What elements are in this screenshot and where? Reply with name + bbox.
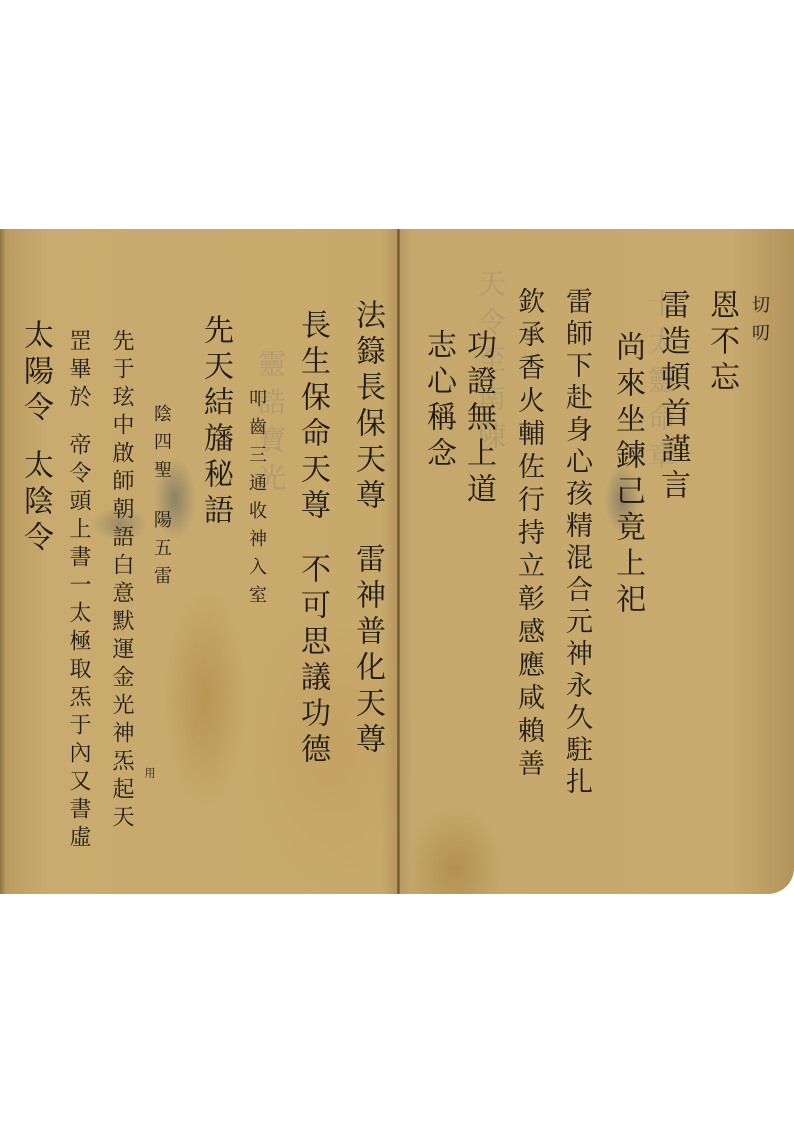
left-col-5-part1: 罡畢於: [66, 329, 91, 413]
right-col-6: 功證無上道: [463, 329, 493, 509]
left-col-2-part2: 不可思議功德: [295, 553, 330, 769]
left-col-5: 罡畢於帝令頭上書一太極取炁于內又書虛: [67, 329, 89, 853]
left-col-2: 長生保命天尊不可思議功德: [297, 309, 327, 769]
right-col-4: 雷師下赴身心孩精混合元神永久駐扎: [563, 287, 590, 799]
left-col-5-part2: 帝令頭上書一太極取炁于內又書虛: [66, 433, 91, 853]
right-col-3: 尚來坐鍊己竟上祀: [612, 331, 642, 619]
left-col-1-part1: 法籙長保天尊: [350, 299, 385, 515]
right-col-7: 志心稱念: [423, 329, 453, 473]
left-col-annotation-2-part1: 陰四聖: [151, 404, 172, 488]
left-col-1-part2: 雷神普化天尊: [350, 543, 385, 759]
left-col-6: 太陽令太陰令: [20, 319, 50, 557]
left-col-6-part2: 太陰令: [18, 449, 53, 557]
left-col-4: 先于玹中啟師朝語白意默運金光神炁起天: [110, 329, 132, 833]
left-col-2-part1: 長生保命天尊: [295, 309, 330, 525]
right-col-2: 雷造頓首謹言: [657, 289, 687, 505]
right-col-annotation: 切叨: [750, 295, 768, 351]
right-col-1: 恩不忘: [706, 289, 736, 397]
left-col-1: 法籙長保天尊雷神普化天尊: [352, 299, 382, 759]
left-col-annotation-2-part2: 陽五雷: [151, 510, 172, 594]
left-col-annotation-1: 叩齒三通收神入室: [247, 389, 265, 613]
left-col-annotation-2: 陰四聖陽五雷: [152, 404, 170, 594]
left-col-3: 先天結旛秘語: [200, 314, 230, 530]
book-gutter: [397, 229, 400, 894]
left-col-4-interlinear: 用: [144, 767, 155, 784]
right-col-5: 欽承香火輔佐行持立彰感應咸賴善: [515, 287, 542, 782]
manuscript-scan: 天令至南陳 十太靈命章 靈誥寶光 切叨 恩不忘 雷造頓首謹言 尚來坐鍊己竟上祀 …: [0, 229, 794, 894]
page-edge-shadow: [0, 229, 6, 894]
left-col-6-part1: 太陽令: [18, 319, 53, 427]
